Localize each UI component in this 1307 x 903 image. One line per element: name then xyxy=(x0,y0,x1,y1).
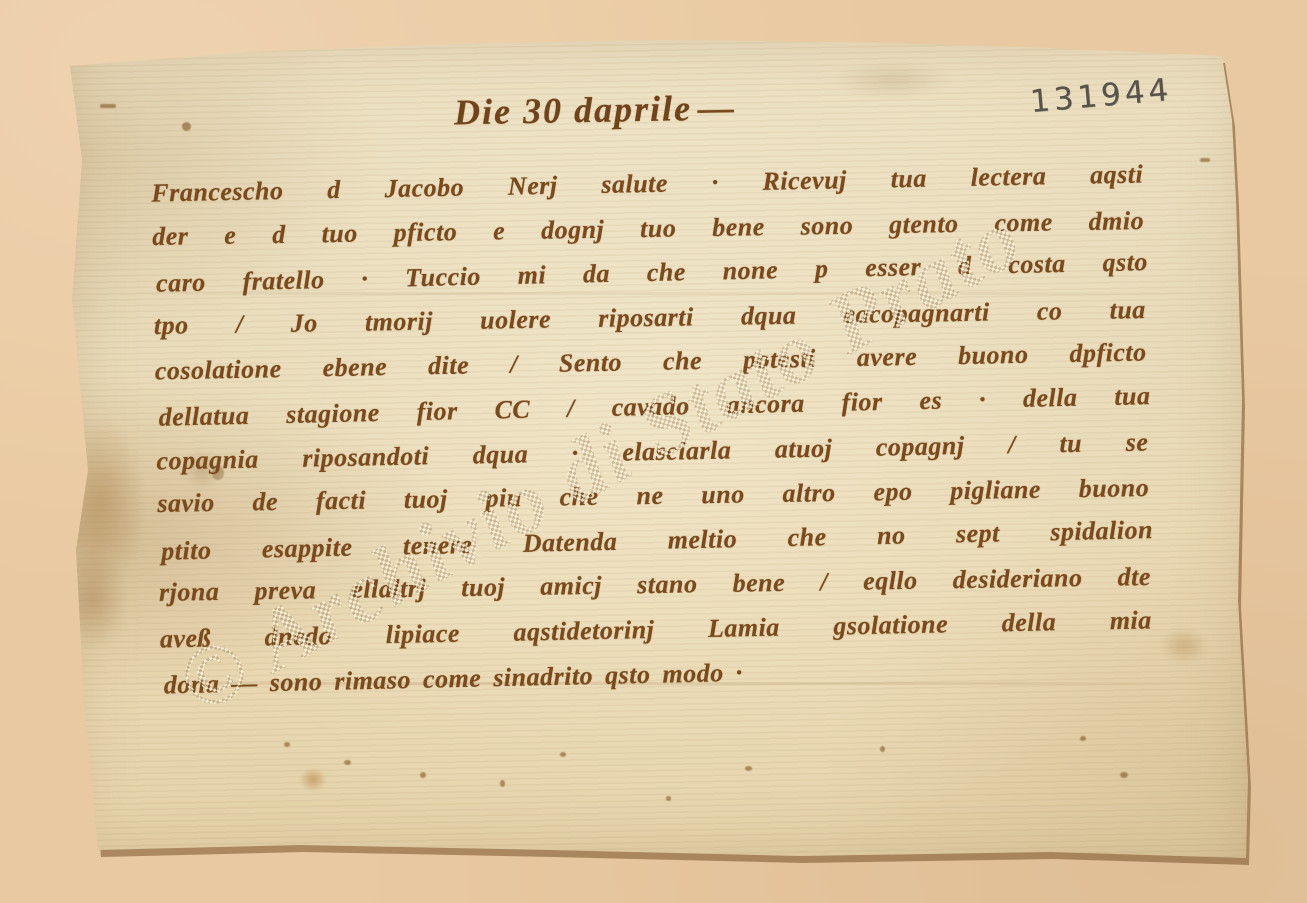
bleedthrough-speck xyxy=(745,766,752,771)
letter-date-heading: Die 30 daprile xyxy=(454,85,835,134)
bleedthrough-speck xyxy=(420,772,426,778)
bleedthrough-speck xyxy=(284,742,290,747)
bleedthrough-speck xyxy=(560,752,566,757)
top-stain xyxy=(832,60,952,100)
bleedthrough-speck xyxy=(1080,736,1086,741)
round-stain-spot xyxy=(300,768,326,791)
bleedthrough-speck xyxy=(880,746,885,752)
bleedthrough-speck xyxy=(666,796,671,801)
ink-speck xyxy=(1200,158,1210,162)
manuscript-paper: Die 30 daprile Francescho d Jacobo Nerj … xyxy=(62,30,1254,870)
bleedthrough-speck xyxy=(500,780,505,787)
manuscript-scan-page: { "scan": { "background_color": "#e9c9a1… xyxy=(0,0,1307,903)
right-stain-spot xyxy=(1160,628,1208,664)
ink-speck xyxy=(182,122,191,131)
bleedthrough-speck xyxy=(1120,772,1128,778)
ink-speck xyxy=(100,104,116,108)
bleedthrough-speck xyxy=(344,760,351,765)
